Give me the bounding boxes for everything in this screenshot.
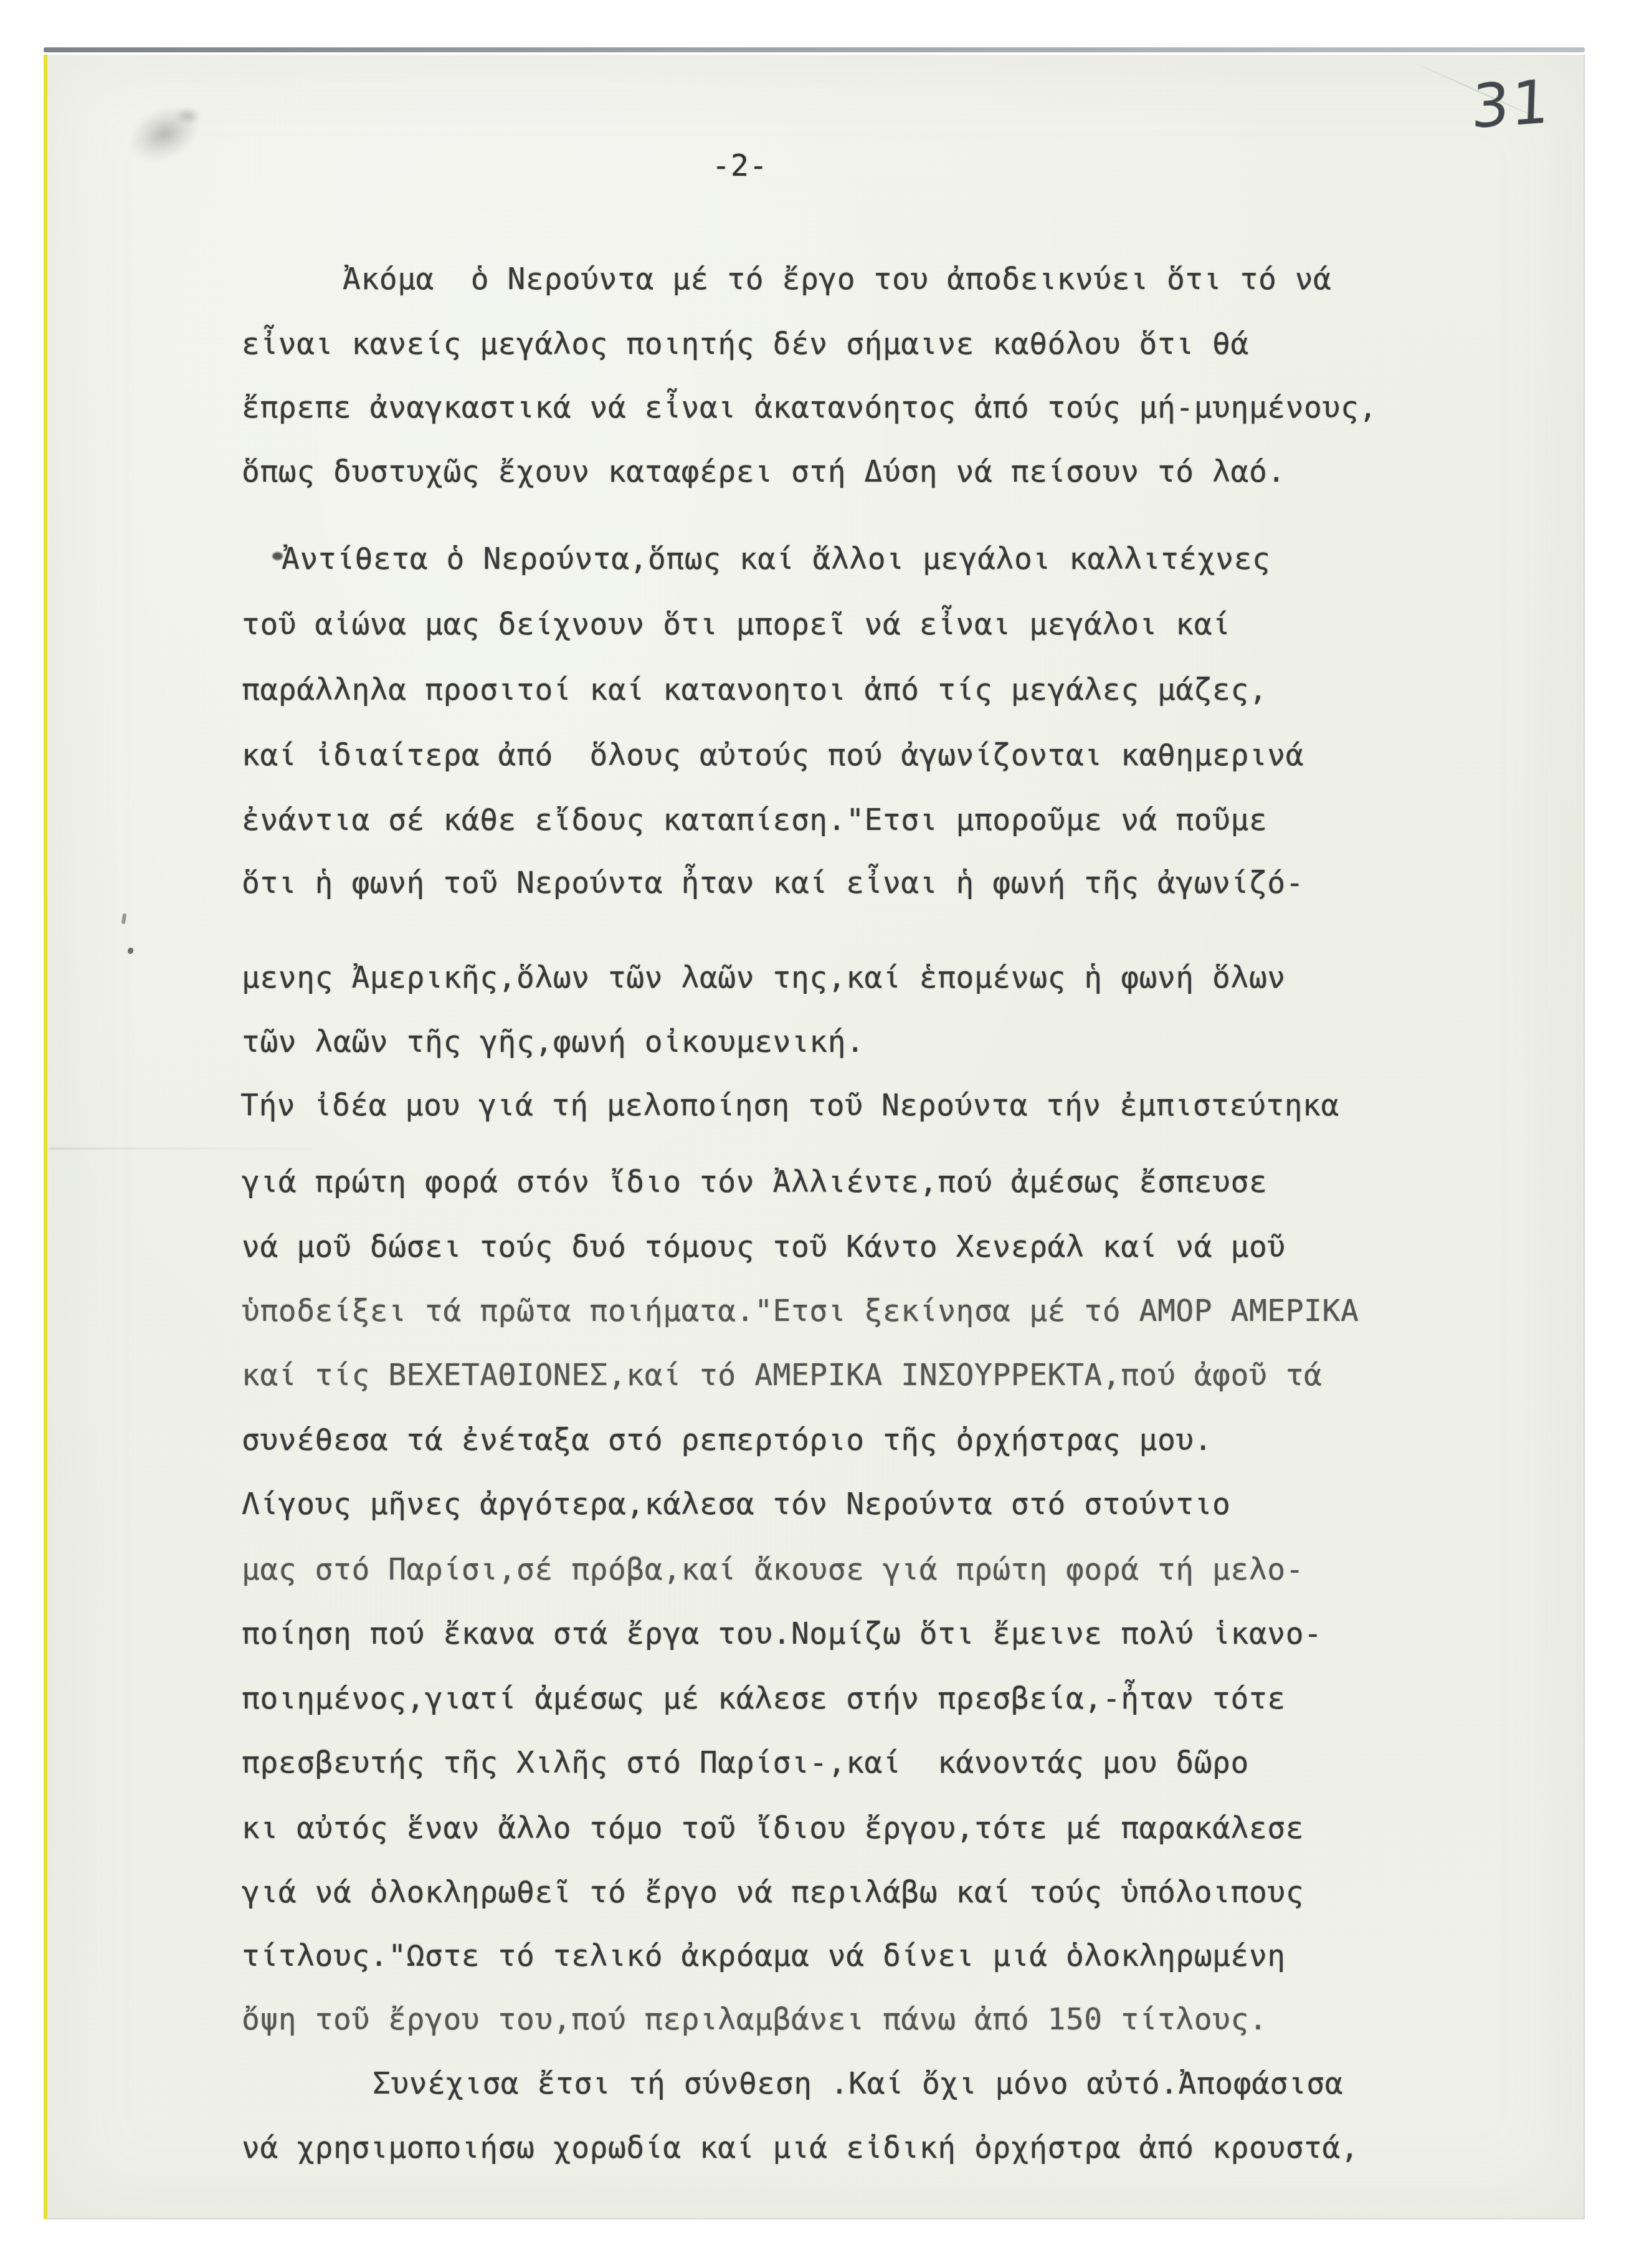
text-line: μας στό Παρίσι,σέ πρόβα,καί ἄκουσε γιά π… xyxy=(242,1552,1304,1587)
text-line: Τήν ἰδέα μου γιά τή μελοποίηση τοῦ Νερού… xyxy=(240,1088,1339,1123)
paper-top-edge-shadow xyxy=(44,47,1585,52)
text-line: τίτλους."Ωστε τό τελικό ἀκρόαμα νά δίνει… xyxy=(242,1938,1286,1973)
text-line: γιά νά ὁλοκληρωθεῖ τό ἔργο νά περιλάβω κ… xyxy=(242,1875,1304,1910)
smudge-mark xyxy=(169,103,207,128)
text-line: τοῦ αἰώνα μας δείχνουν ὅτι μπορεῖ νά εἶν… xyxy=(242,607,1231,642)
text-line: ἐνάντια σέ κάθε εἴδους καταπίεση."Ετσι μ… xyxy=(242,803,1267,837)
text-line: ὄψη τοῦ ἔργου του,πού περιλαμβάνει πάνω … xyxy=(242,2002,1267,2037)
scan-background: -2- 31 Ἀκόμα ὁ Νερούντα μέ τό ἔργο του ἀ… xyxy=(0,0,1639,2268)
text-line: καί ἰδιαίτερα ἀπό ὅλους αὐτούς πού ἀγωνί… xyxy=(242,738,1304,773)
text-line: Ἀντίθετα ὁ Νερούντα,ὅπως καί ἄλλοι μεγάλ… xyxy=(282,541,1271,576)
text-line: νά χρησιμοποιήσω χορωδία καί μιά εἰδική … xyxy=(242,2130,1359,2165)
text-line: Λίγους μῆνες ἀργότερα,κάλεσα τόν Νερούντ… xyxy=(242,1487,1231,1522)
text-line: ὑποδείξει τά πρῶτα ποιήματα."Ετσι ξεκίνη… xyxy=(242,1294,1359,1328)
text-line: Συνέχισα ἔτσι τή σύνθεση .Καί ὄχι μόνο α… xyxy=(373,2066,1343,2101)
text-line: τῶν λαῶν τῆς γῆς,φωνή οἰκουμενική. xyxy=(242,1024,865,1059)
text-line: ὅπως δυστυχῶς ἔχουν καταφέρει στή Δύση ν… xyxy=(242,454,1286,489)
text-line: ἔπρεπε ἀναγκαστικά νά εἶναι ἀκατανόητος … xyxy=(242,390,1377,425)
handwritten-page-number: 31 xyxy=(1470,67,1552,142)
text-line: ποιημένος,γιατί ἀμέσως μέ κάλεσε στήν πρ… xyxy=(242,1681,1286,1716)
text-line: μενης Ἀμερικῆς,ὅλων τῶν λαῶν της,καί ἑπο… xyxy=(242,960,1286,995)
text-line: ποίηση πού ἔκανα στά ἔργα του.Νομίζω ὅτι… xyxy=(242,1616,1323,1651)
text-line: πρεσβευτής τῆς Χιλῆς στό Παρίσι-,καί κάν… xyxy=(242,1745,1249,1780)
paper-crease xyxy=(49,1148,335,1150)
text-line: συνέθεσα τά ἐνέταξα στό ρεπερτόριο τῆς ὀ… xyxy=(242,1422,1212,1457)
text-line: κι αὐτός ἕναν ἄλλο τόμο τοῦ ἴδιου ἔργου,… xyxy=(242,1811,1304,1846)
page-label: -2- xyxy=(712,148,768,183)
text-line: παράλληλα προσιτοί καί κατανοητοι ἀπό τί… xyxy=(242,672,1267,707)
text-line: γιά πρώτη φορά στόν ἴδιο τόν Ἀλλιέντε,πο… xyxy=(242,1165,1267,1199)
text-line: ὅτι ἡ φωνή τοῦ Νερούντα ἦταν καί εἶναι ἡ… xyxy=(242,865,1304,900)
text-line: νά μοῦ δώσει τούς δυό τόμους τοῦ Κάντο Χ… xyxy=(242,1229,1286,1264)
text-line: καί τίς ΒΕΧΕΤΑΘΙΟΝΕΣ,καί τό ΑΜΕΡΙΚΑ ΙΝΣΟ… xyxy=(242,1358,1323,1393)
text-line: εἶναι κανείς μεγάλος ποιητής δέν σήμαινε… xyxy=(242,326,1249,361)
text-line: Ἀκόμα ὁ Νερούντα μέ τό ἔργο του ἀποδεικν… xyxy=(343,262,1332,297)
